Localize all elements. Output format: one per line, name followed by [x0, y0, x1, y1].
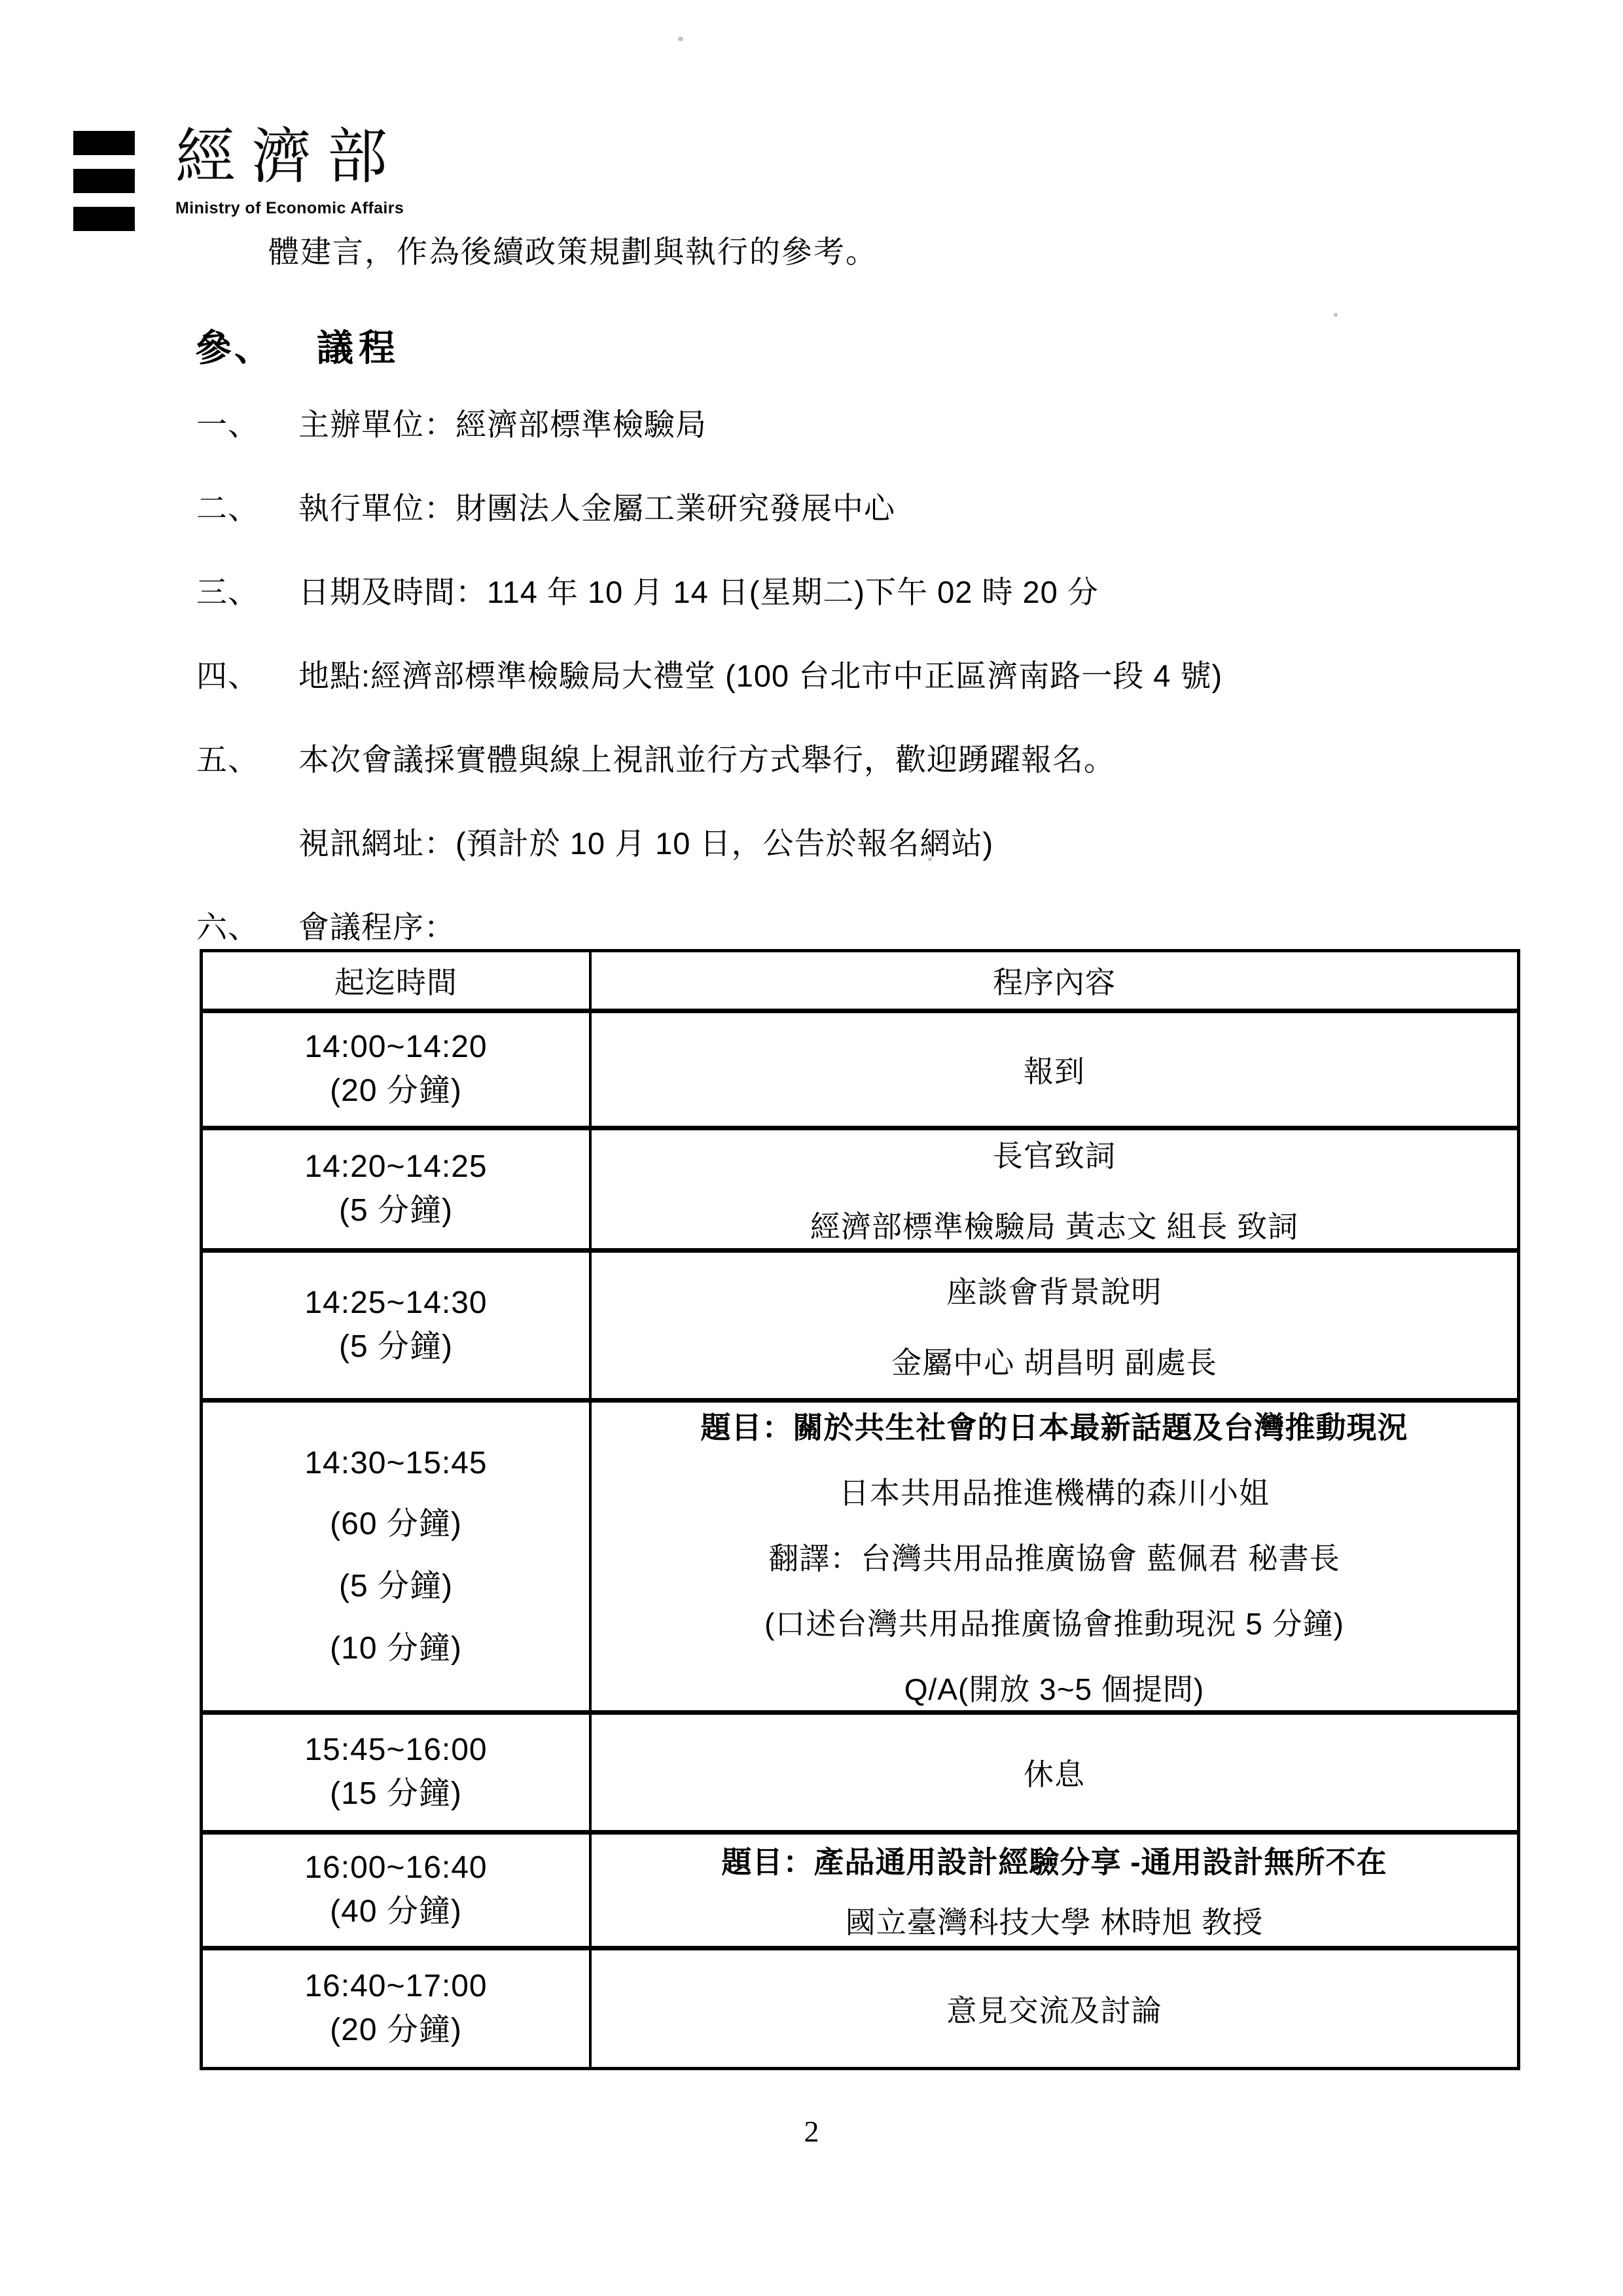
- section-heading: 參、 議程: [195, 319, 401, 372]
- time-duration: (15 分鐘): [330, 1768, 462, 1813]
- time-duration: (60 分鐘): [330, 1498, 462, 1543]
- time-range: 14:00~14:20: [304, 1029, 487, 1065]
- list-item: 三、 日期及時間：114 年 10 月 14 日(星期二)下午 02 時 20 …: [196, 568, 1538, 652]
- content-cell: 報到: [592, 1013, 1517, 1126]
- time-duration: (20 分鐘): [330, 1065, 462, 1110]
- content-cell: 休息: [592, 1715, 1517, 1830]
- list-item-number: 一、: [196, 401, 298, 444]
- moea-logo-mark-icon: [73, 131, 135, 231]
- content-line: 休息: [1024, 1751, 1085, 1794]
- content-line: Q/A(開放 3~5 個提問): [904, 1666, 1204, 1709]
- time-cell: 15:45~16:00 (15 分鐘): [203, 1715, 592, 1830]
- time-range: 16:00~16:40: [304, 1850, 487, 1886]
- time-range: 14:30~15:45: [304, 1445, 487, 1481]
- time-duration: (10 分鐘): [330, 1623, 462, 1668]
- time-cell: 14:30~15:45 (60 分鐘) (5 分鐘) (10 分鐘): [203, 1403, 592, 1710]
- list-item-text: 地點:經濟部標準檢驗局大禮堂 (100 台北市中正區濟南路一段 4 號): [298, 652, 1538, 696]
- list-item: 二、 執行單位：財團法人金屬工業研究發展中心: [196, 484, 1538, 568]
- time-duration: (5 分鐘): [339, 1560, 453, 1605]
- time-range: 15:45~16:00: [304, 1732, 487, 1768]
- table-header-time: 起迄時間: [203, 952, 592, 1009]
- scan-speck: [928, 857, 932, 861]
- list-item: 一、 主辦單位：經濟部標準檢驗局: [196, 401, 1538, 484]
- time-duration: (20 分鐘): [330, 2004, 462, 2049]
- time-cell: 14:20~14:25 (5 分鐘): [203, 1130, 592, 1248]
- time-duration: (40 分鐘): [330, 1886, 462, 1931]
- content-cell: 意見交流及討論: [592, 1950, 1517, 2067]
- intro-paragraph: 體建言，作為後續政策規劃與執行的參考。: [268, 228, 878, 272]
- time-cell: 14:25~14:30 (5 分鐘): [203, 1253, 592, 1398]
- content-line: 金屬中心 胡昌明 副處長: [891, 1339, 1217, 1382]
- table-row: 16:40~17:00 (20 分鐘) 意見交流及討論: [203, 1946, 1517, 2067]
- content-cell: 長官致詞 經濟部標準檢驗局 黃志文 組長 致詞: [592, 1130, 1517, 1248]
- agenda-table: 起迄時間 程序內容 14:00~14:20 (20 分鐘) 報到 14:20~1…: [200, 949, 1520, 2070]
- moea-logo: 經濟部 Ministry of Economic Affairs: [73, 117, 404, 231]
- content-line: 長官致詞: [993, 1132, 1116, 1175]
- list-item: 五、 本次會議採實體與線上視訊並行方式舉行，歡迎踴躍報名。: [196, 736, 1538, 819]
- content-line: 翻譯：台灣共用品推廣協會 藍佩君 秘書長: [768, 1535, 1340, 1578]
- logo-bar: [73, 169, 135, 193]
- time-range: 16:40~17:00: [304, 1968, 487, 2004]
- table-row: 14:00~14:20 (20 分鐘) 報到: [203, 1009, 1517, 1126]
- org-name-zh: 經濟部: [175, 117, 404, 198]
- table-row: 14:30~15:45 (60 分鐘) (5 分鐘) (10 分鐘) 題目：關於…: [203, 1398, 1517, 1710]
- header-time-label: 起迄時間: [334, 959, 457, 1002]
- moea-logo-text: 經濟部 Ministry of Economic Affairs: [175, 117, 404, 218]
- list-item-number: 四、: [196, 652, 298, 696]
- content-line: (口述台灣共用品推廣協會推動現況 5 分鐘): [764, 1600, 1344, 1643]
- agenda-info-list: 一、 主辦單位：經濟部標準檢驗局 二、 執行單位：財團法人金屬工業研究發展中心 …: [196, 401, 1538, 987]
- table-row: 14:20~14:25 (5 分鐘) 長官致詞 經濟部標準檢驗局 黃志文 組長 …: [203, 1126, 1517, 1248]
- table-row: 14:25~14:30 (5 分鐘) 座談會背景說明 金屬中心 胡昌明 副處長: [203, 1248, 1517, 1398]
- content-cell: 題目：產品通用設計經驗分享 -通用設計無所不在 國立臺灣科技大學 林時旭 教授: [592, 1835, 1517, 1946]
- org-name-en: Ministry of Economic Affairs: [175, 199, 404, 218]
- time-cell: 16:40~17:00 (20 分鐘): [203, 1950, 592, 2067]
- list-item-text: 本次會議採實體與線上視訊並行方式舉行，歡迎踴躍報名。: [298, 736, 1538, 780]
- table-row: 15:45~16:00 (15 分鐘) 休息: [203, 1710, 1517, 1830]
- list-item: 四、 地點:經濟部標準檢驗局大禮堂 (100 台北市中正區濟南路一段 4 號): [196, 652, 1538, 736]
- section-index: 參、: [195, 319, 274, 372]
- list-item-number: 六、: [196, 903, 298, 947]
- content-line-title: 題目：產品通用設計經驗分享 -通用設計無所不在: [721, 1839, 1387, 1882]
- content-line: 座談會背景說明: [947, 1268, 1162, 1312]
- list-item-text: 會議程序：: [298, 903, 1538, 947]
- table-header-row: 起迄時間 程序內容: [203, 952, 1517, 1009]
- content-line: 意見交流及討論: [947, 1987, 1162, 2030]
- time-cell: 14:00~14:20 (20 分鐘): [203, 1013, 592, 1126]
- table-row: 16:00~16:40 (40 分鐘) 題目：產品通用設計經驗分享 -通用設計無…: [203, 1830, 1517, 1946]
- list-item-number: 三、: [196, 568, 298, 612]
- time-duration: (5 分鐘): [339, 1185, 453, 1230]
- list-item-number: 五、: [196, 736, 298, 780]
- page-number: 2: [804, 2114, 819, 2149]
- list-item-text: 主辦單位：經濟部標準檢驗局: [298, 401, 1538, 444]
- content-cell: 題目：關於共生社會的日本最新話題及台灣推動現況 日本共用品推進機構的森川小姐 翻…: [592, 1403, 1517, 1710]
- list-item-text: 視訊網址：(預計於 10 月 10 日，公告於報名網站): [298, 819, 1538, 863]
- section-title: 議程: [317, 319, 401, 372]
- content-line: 報到: [1024, 1048, 1085, 1091]
- list-item-sub: 視訊網址：(預計於 10 月 10 日，公告於報名網站): [196, 819, 1538, 903]
- content-cell: 座談會背景說明 金屬中心 胡昌明 副處長: [592, 1253, 1517, 1398]
- document-page: 經濟部 Ministry of Economic Affairs 體建言，作為後…: [0, 0, 1623, 2296]
- content-line: 日本共用品推進機構的森川小姐: [839, 1469, 1270, 1513]
- list-item-number: 二、: [196, 484, 298, 528]
- list-item-text: 執行單位：財團法人金屬工業研究發展中心: [298, 484, 1538, 528]
- content-line-title: 題目：關於共生社會的日本最新話題及台灣推動現況: [701, 1404, 1408, 1447]
- scan-speck: [678, 37, 683, 41]
- time-cell: 16:00~16:40 (40 分鐘): [203, 1835, 592, 1946]
- header-content-label: 程序內容: [993, 959, 1116, 1002]
- logo-bar: [73, 207, 135, 231]
- table-header-content: 程序內容: [592, 952, 1517, 1009]
- time-range: 14:25~14:30: [304, 1285, 487, 1321]
- logo-bar: [73, 131, 135, 155]
- time-range: 14:20~14:25: [304, 1149, 487, 1185]
- content-line: 經濟部標準檢驗局 黃志文 組長 致詞: [810, 1203, 1298, 1246]
- time-duration: (5 分鐘): [339, 1321, 453, 1366]
- list-item-text: 日期及時間：114 年 10 月 14 日(星期二)下午 02 時 20 分: [298, 568, 1538, 612]
- content-line: 國立臺灣科技大學 林時旭 教授: [846, 1899, 1264, 1942]
- scan-speck: [1334, 313, 1338, 317]
